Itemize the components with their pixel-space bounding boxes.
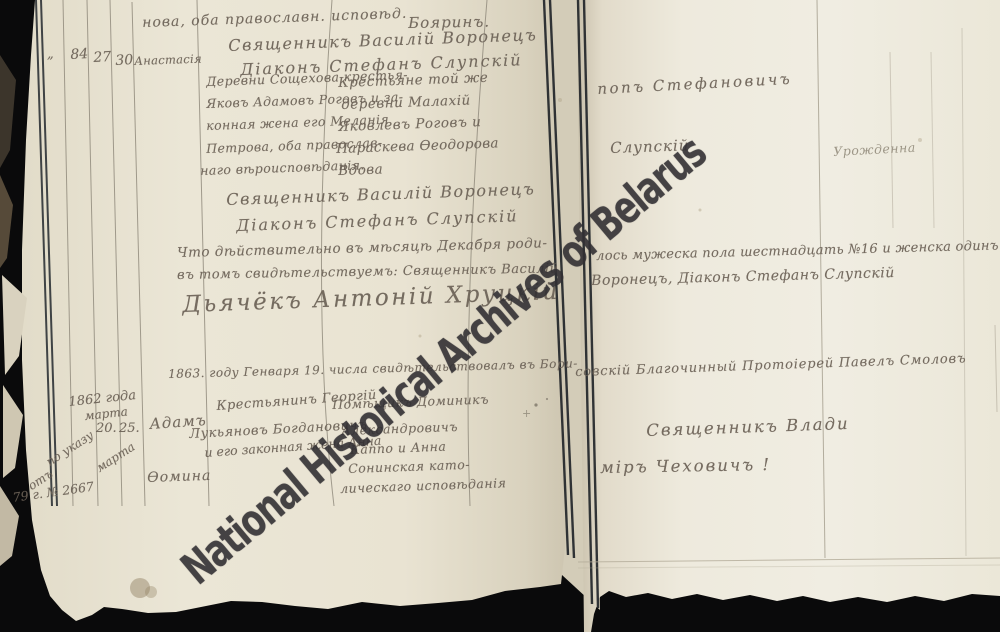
child-name-anastasia: Анастасія (134, 54, 202, 68)
pencil-cross-mark: + (522, 408, 531, 419)
baptized-day: 30 (115, 53, 134, 68)
baptized-day: 25. (119, 422, 140, 435)
priest-signature-line2: міръ Чеховичъ ! (600, 457, 771, 476)
godparents-line: Вдова (338, 163, 383, 178)
record-number: 84 (70, 47, 89, 62)
born-day: 20. (96, 422, 117, 435)
month-ditto-mark: „ (47, 48, 54, 61)
born-day: 27 (93, 50, 112, 65)
archival-scan: нова, оба православн. исповѣд. Бояринъ. … (0, 0, 1000, 632)
parents-line: Ѳомина (147, 469, 212, 485)
